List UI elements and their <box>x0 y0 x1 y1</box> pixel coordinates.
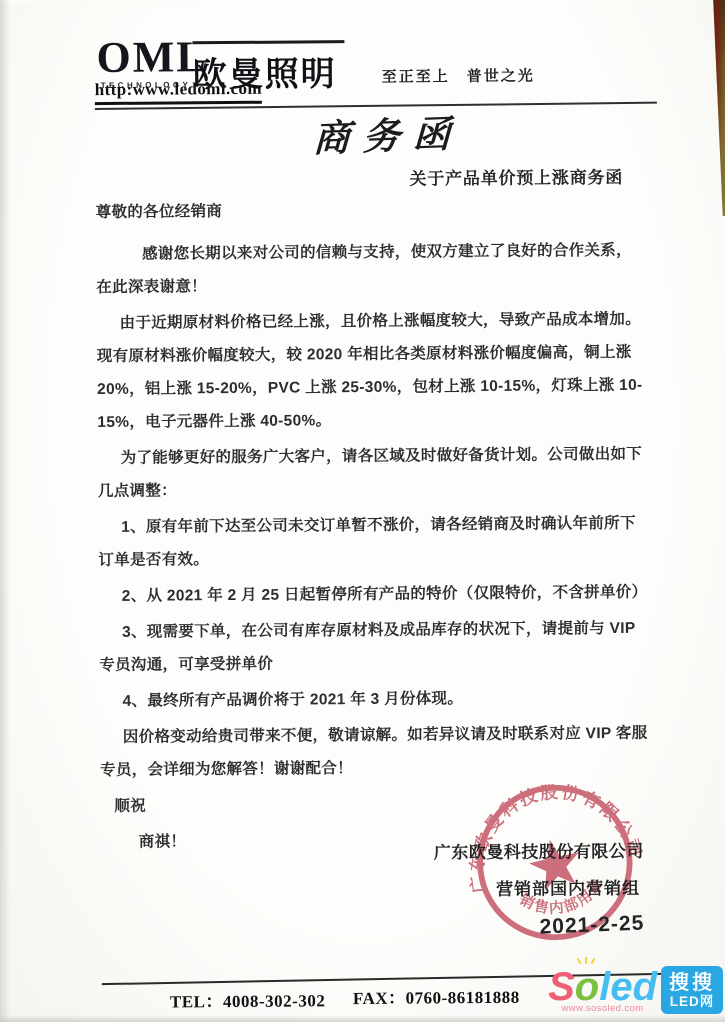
sosoled-logo: Soled <box>548 967 657 1007</box>
letter-subject: 关于产品单价预上涨商务函 <box>409 163 623 190</box>
paragraph-adjustments-intro: 为了能够更好的服务广大客户，请各区域及时做好备货计划。公司做出如下几点调整： <box>98 438 647 508</box>
company-website: http:www.ledoml.com <box>95 79 262 105</box>
bulb-rays-icon <box>577 958 595 964</box>
tel-number: 4008-302-302 <box>223 991 325 1011</box>
footer-telephone: TEL：4008-302-302 <box>170 986 326 1012</box>
list-item-2: 2、从 2021 年 2 月 25 日起暂停所有产品的特价（仅限特价，不含拼单价… <box>99 576 647 613</box>
oml-logo-text: OML <box>96 35 207 80</box>
paragraph-thanks: 感谢您长期以来对公司的信赖与支持，使双方建立了良好的合作关系，在此深表谢意！ <box>96 234 645 304</box>
sosoled-brand: Soled www.sosoled.com <box>548 967 657 1014</box>
list-item-3: 3、现需要下单，在公司有库存原材料及成品库存的状况下，请提前与 VIP 专员沟通… <box>99 612 648 682</box>
signature-company: 广东欧曼科技股份有限公司 <box>434 841 644 865</box>
signature-date: 2021-2-25 <box>434 911 645 943</box>
salutation: 尊敬的各位经销商 <box>96 192 644 229</box>
sosoled-watermark: Soled www.sosoled.com 搜搜 LED网 <box>548 966 723 1014</box>
letter-title: 商务函 <box>312 103 464 162</box>
badge-line2: LED网 <box>670 994 715 1009</box>
scanned-letter-page: OML TECHNOLOGY 欧曼照明 http:www.ledoml.com … <box>0 0 725 1022</box>
scan-left-shadow <box>0 0 10 1022</box>
signature-department: 营销部国内营销组 <box>434 878 644 902</box>
company-slogan: 至正至上 普世之光 <box>382 65 535 87</box>
fax-label: FAX： <box>353 989 406 1008</box>
footer-fax: FAX：0760-86181888 <box>353 983 520 1009</box>
tel-label: TEL： <box>170 992 223 1011</box>
sosoled-badge: 搜搜 LED网 <box>661 966 723 1014</box>
letter-paper: OML TECHNOLOGY 欧曼照明 http:www.ledoml.com … <box>0 0 725 1022</box>
brand-bulb-icon: o <box>575 965 599 1009</box>
signature-block: 广东欧曼科技股份有限公司 营销部国内营销组 2021-2-25 <box>434 841 645 941</box>
paragraph-price-rise: 由于近期原材料价格已经上涨，且价格上涨幅度较大，导致产品成本增加。现有原材料涨价… <box>96 303 645 439</box>
letter-body: 尊敬的各位经销商 感谢您长期以来对公司的信赖与支持，使双方建立了良好的合作关系，… <box>96 192 649 862</box>
list-item-4: 4、最终所有产品调价将于 2021 年 3 月份体现。 <box>99 681 647 718</box>
scan-bottom-shadow <box>0 1015 725 1022</box>
badge-line1: 搜搜 <box>669 972 715 994</box>
fax-number: 0760-86181888 <box>406 988 520 1008</box>
list-item-1: 1、原有年前下达至公司未交订单暂不涨价，请各经销商及时确认年前所下订单是否有效。 <box>98 507 647 577</box>
